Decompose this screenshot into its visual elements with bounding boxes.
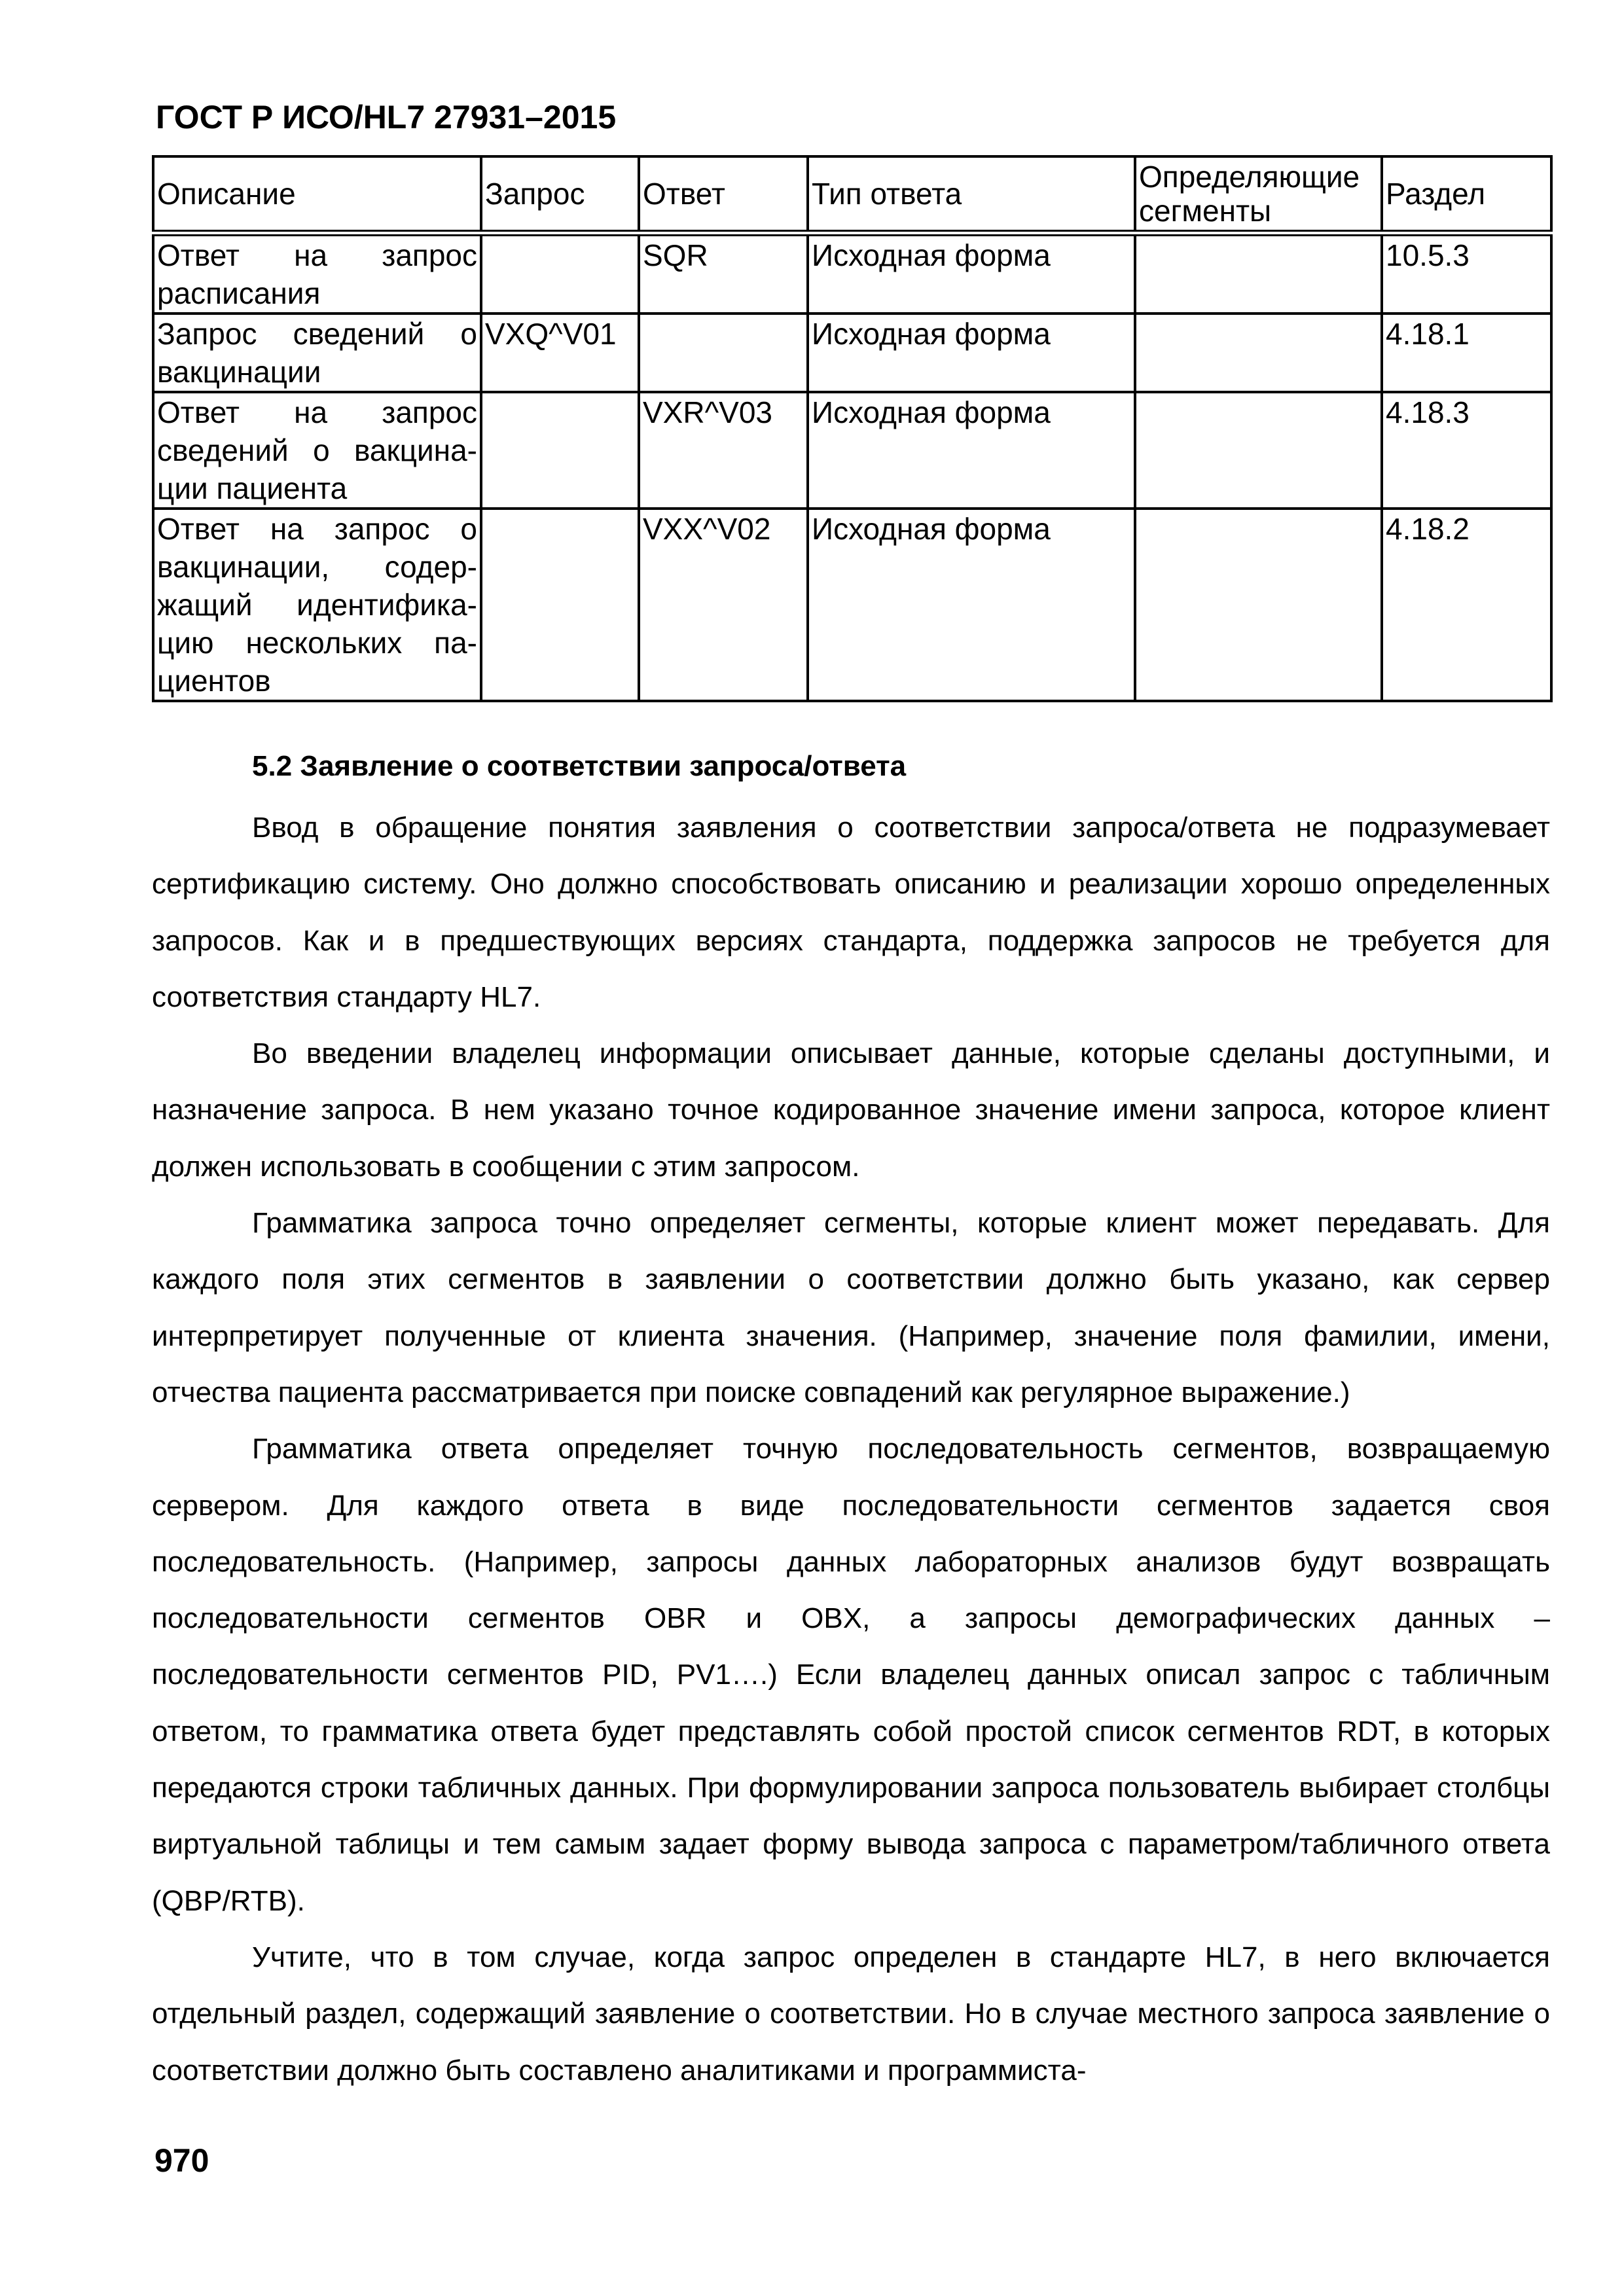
paragraph: Во введении владелец информации описывае… xyxy=(152,1026,1550,1195)
cell-defining-segments xyxy=(1135,314,1382,392)
cell-description: Запрос сведений о вакцинации xyxy=(153,314,481,392)
section-title: 5.2 Заявление о соответствии запроса/отв… xyxy=(252,750,906,783)
cell-response-type: Исходная форма xyxy=(808,509,1135,701)
paragraph: Грамматика запроса точно определяет сегм… xyxy=(152,1195,1550,1421)
cell-response: VXX^V02 xyxy=(639,509,808,701)
cell-query xyxy=(481,233,639,314)
paragraph: Ввод в обращение понятия заявления о соо… xyxy=(152,800,1550,1026)
cell-description: Ответ на запрос расписания xyxy=(153,233,481,314)
cell-response-type: Исходная форма xyxy=(808,392,1135,509)
cell-response-type: Исходная форма xyxy=(808,314,1135,392)
cell-defining-segments xyxy=(1135,392,1382,509)
cell-response: SQR xyxy=(639,233,808,314)
cell-response: VXR^V03 xyxy=(639,392,808,509)
cell-section: 4.18.2 xyxy=(1382,509,1551,701)
cell-description: Ответ на запрос сведений о вакцина­ции п… xyxy=(153,392,481,509)
paragraph: Учтите, что в том случае, когда запрос о… xyxy=(152,1929,1550,2099)
table-header-row: Описание Запрос Ответ Тип ответа Определ… xyxy=(153,156,1551,233)
cell-defining-segments xyxy=(1135,509,1382,701)
cell-query: VXQ^V01 xyxy=(481,314,639,392)
column-header-response-type: Тип ответа xyxy=(808,156,1135,233)
cell-query xyxy=(481,509,639,701)
column-header-query: Запрос xyxy=(481,156,639,233)
table-row: Ответ на запрос о вакцинации, содер­жащи… xyxy=(153,509,1551,701)
section-body: Ввод в обращение понятия заявления о соо… xyxy=(152,800,1550,2099)
column-header-response: Ответ xyxy=(639,156,808,233)
document-header: ГОСТ Р ИСО/HL7 27931–2015 xyxy=(156,98,616,136)
message-types-table: Описание Запрос Ответ Тип ответа Определ… xyxy=(152,155,1553,702)
paragraph: Грамматика ответа определяет точную посл… xyxy=(152,1421,1550,1929)
table-row: Запрос сведений о вакцинации VXQ^V01 Исх… xyxy=(153,314,1551,392)
cell-section: 4.18.3 xyxy=(1382,392,1551,509)
table-row: Ответ на запрос сведений о вакцина­ции п… xyxy=(153,392,1551,509)
cell-query xyxy=(481,392,639,509)
table-row: Ответ на запрос расписания SQR Исходная … xyxy=(153,233,1551,314)
cell-response-type: Исходная форма xyxy=(808,233,1135,314)
cell-defining-segments xyxy=(1135,233,1382,314)
cell-section: 10.5.3 xyxy=(1382,233,1551,314)
cell-section: 4.18.1 xyxy=(1382,314,1551,392)
column-header-section: Раздел xyxy=(1382,156,1551,233)
column-header-defining-segments: Определяющие сегменты xyxy=(1135,156,1382,233)
page-number: 970 xyxy=(154,2142,209,2179)
column-header-description: Описание xyxy=(153,156,481,233)
cell-description: Ответ на запрос о вакцинации, содер­жащи… xyxy=(153,509,481,701)
cell-response xyxy=(639,314,808,392)
